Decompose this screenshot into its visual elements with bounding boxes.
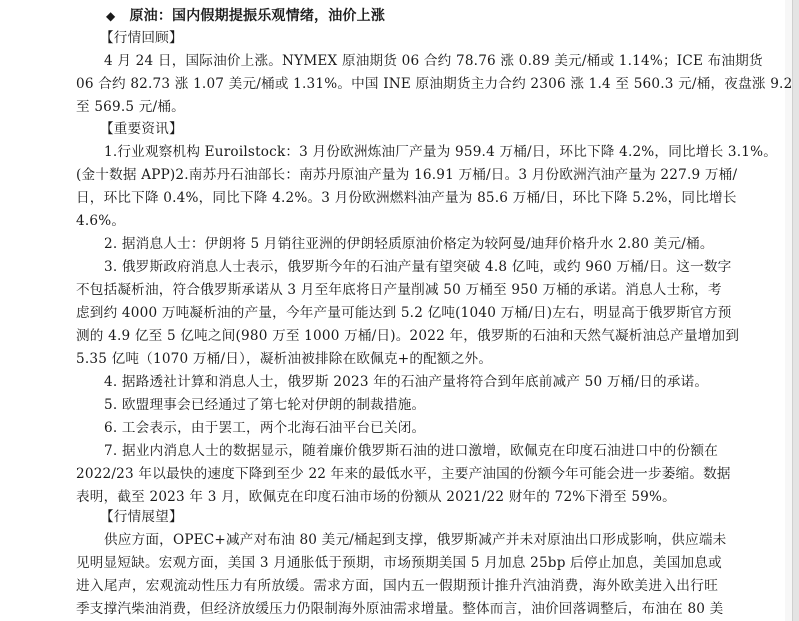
news-item-6: 6. 工会表示，由于罢工，两个北海石油平台已关闭。 — [104, 418, 425, 438]
section-title: ◆原油：国内假期提振乐观情绪，油价上涨 — [106, 6, 385, 26]
paragraph-line: 虑到约 4000 万吨凝析油的产量，今年产量可能达到 5.2 亿吨(1040 万… — [76, 303, 718, 323]
news-item-7: 7. 据业内消息人士的数据显示，随着廉价俄罗斯石油的进口激增，欧佩克在印度石油进… — [76, 441, 718, 461]
paragraph-line: 表明，截至 2023 年 3 月，欧佩克在印度石油市场的份额从 2021/22 … — [76, 487, 676, 507]
news-item-1: 1.行业观察机构 Euroilstock：3 月份欧洲炼油厂产量为 959.4 … — [76, 142, 718, 162]
paragraph-line: 06 合约 82.73 涨 1.07 美元/桶或 1.31%。中国 INE 原油… — [76, 74, 718, 94]
news-item-5: 5. 欧盟理事会已经通过了第七轮对伊朗的制裁措施。 — [104, 395, 425, 415]
news-item-3: 3. 俄罗斯政府消息人士表示，俄罗斯今年的石油产量有望突破 4.8 亿吨，或约 … — [76, 257, 718, 277]
paragraph-line: 5.35 亿吨（1070 万桶/日），凝析油被排除在欧佩克+的配额之外。 — [76, 349, 492, 369]
outlook-paragraph-line: 进入尾声，宏观流动性压力有所放缓。需求方面，国内五一假期预计推升汽油消费，海外欧… — [76, 576, 718, 596]
scrollbar[interactable] — [792, 0, 799, 621]
paragraph-line: (金十数据 APP)2.南苏丹石油部长：南苏丹原油产量为 16.91 万桶/日。… — [76, 165, 718, 185]
outlook-paragraph-line: 供应方面，OPEC+减产对布油 80 美元/桶起到支撑，俄罗斯减产并未对原油出口… — [76, 530, 718, 550]
outlook-paragraph-line: 见明显短缺。宏观方面，美国 3 月通胀低于预期，市场预期美国 5 月加息 25b… — [76, 553, 718, 573]
outlook-header: 【行情展望】 — [100, 507, 183, 527]
review-header: 【行情回顾】 — [100, 28, 183, 48]
diamond-bullet-icon: ◆ — [106, 6, 115, 26]
news-item-2: 2. 据消息人士：伊朗将 5 月销往亚洲的伊朗轻质原油价格定为较阿曼/迪拜价格升… — [104, 234, 714, 254]
paragraph-line: 2022/23 年以最快的速度下降到至少 22 年来的最低水平，主要产油国的份额… — [76, 464, 718, 484]
paragraph-line: 日，环比下降 0.4%，同比下降 4.2%。3 月份欧洲燃料油产量为 85.6 … — [76, 188, 718, 208]
paragraph-line: 4 月 24 日，国际油价上涨。NYMEX 原油期货 06 合约 78.76 涨… — [76, 51, 718, 71]
news-header: 【重要资讯】 — [100, 119, 183, 139]
paragraph-line: 至 569.5 元/桶。 — [76, 97, 185, 117]
outlook-paragraph-line: 季支撑汽柴油消费，但经济放缓压力仍限制海外原油需求增量。整体而言，油价回落调整后… — [76, 599, 718, 619]
news-item-4: 4. 据路透社计算和消息人士，俄罗斯 2023 年的石油产量将符合到年底前减产 … — [104, 372, 708, 392]
title-text: 原油：国内假期提振乐观情绪，油价上涨 — [129, 8, 385, 24]
paragraph-line: 测的 4.9 亿至 5 亿吨之间(980 万至 1000 万桶/日)。2022 … — [76, 326, 718, 346]
paragraph-line: 4.6%。 — [76, 211, 125, 231]
paragraph-line: 不包括凝析油，符合俄罗斯承诺从 3 月至年底将日产量削减 50 万桶至 950 … — [76, 280, 718, 300]
